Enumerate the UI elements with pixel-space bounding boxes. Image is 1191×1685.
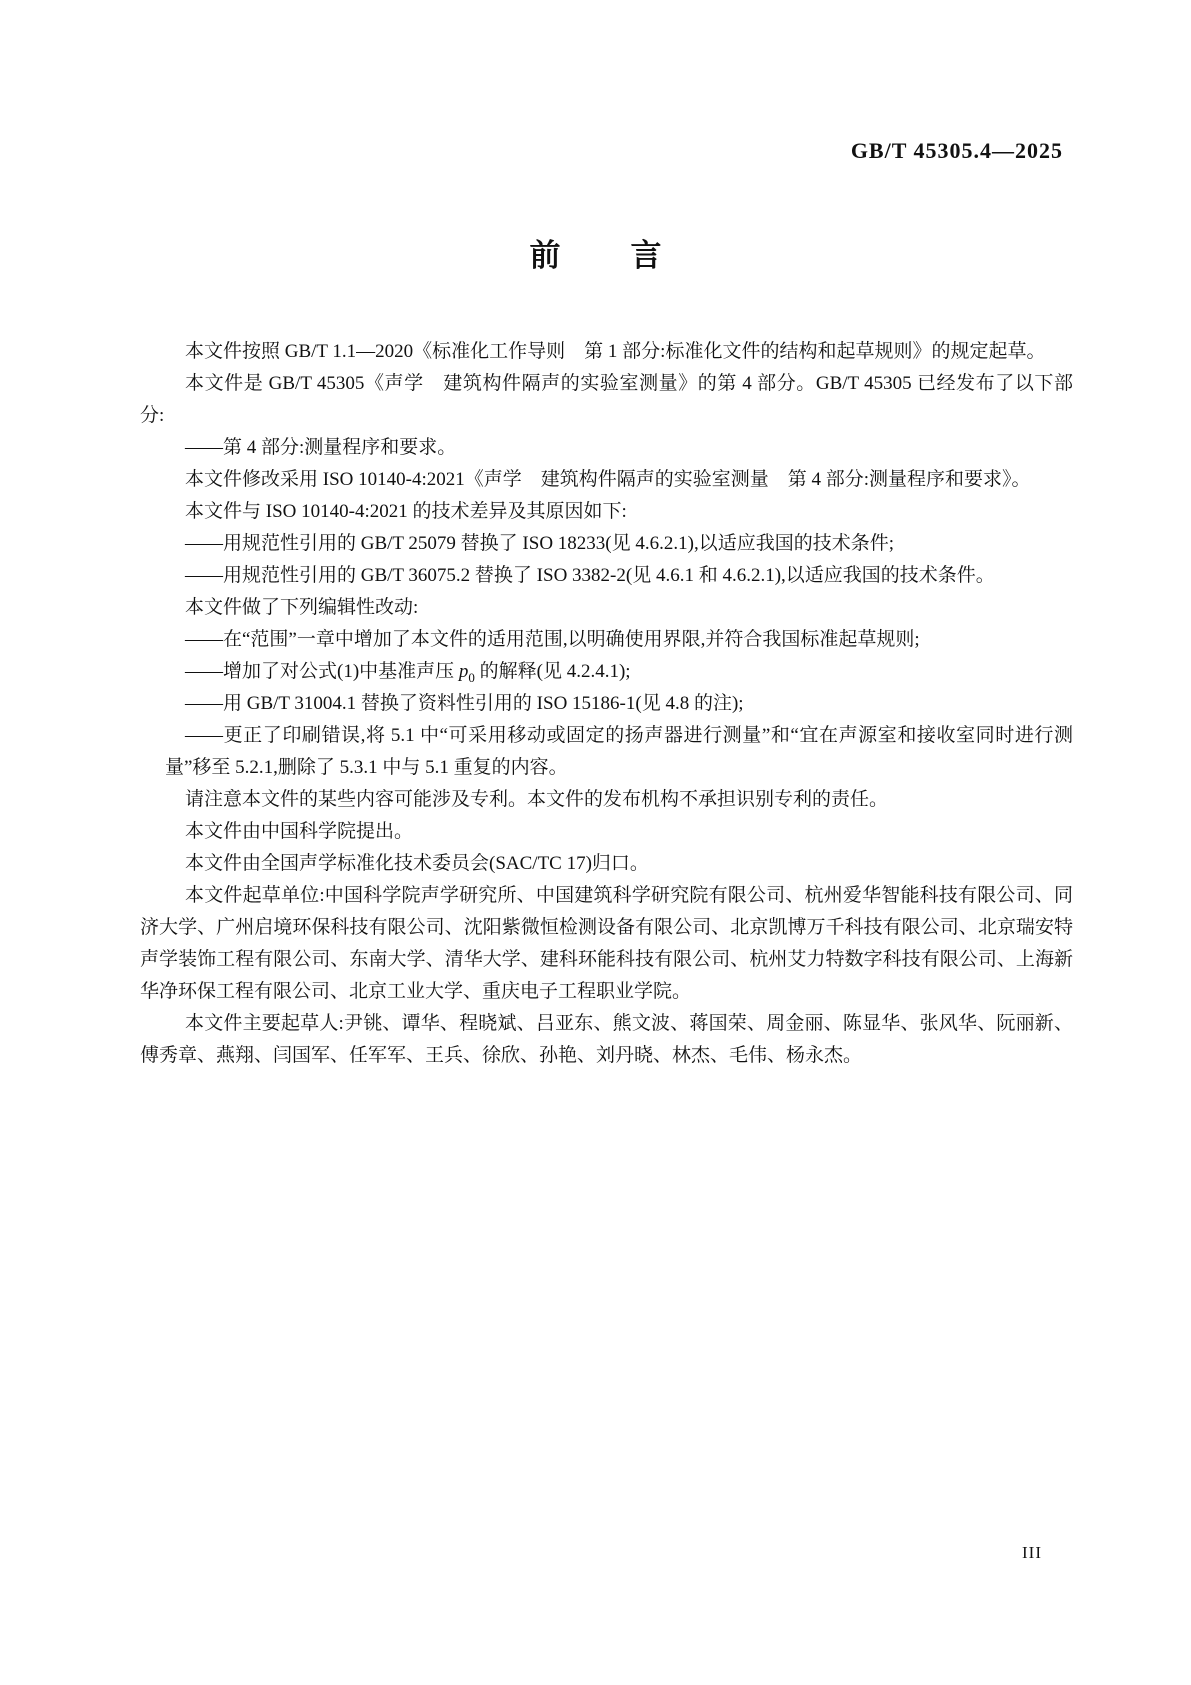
list-item-editorial-4: ——更正了印刷错误,将 5.1 中“可采用移动或固定的扬声器进行测量”和“宜在声… xyxy=(140,720,1073,784)
paragraph-editorial-intro: 本文件做了下列编辑性改动: xyxy=(140,592,1073,624)
paragraph-proposer: 本文件由中国科学院提出。 xyxy=(140,816,1073,848)
page-number: III xyxy=(1022,1543,1042,1563)
paragraph-differences-intro: 本文件与 ISO 10140-4:2021 的技术差异及其原因如下: xyxy=(140,496,1073,528)
paragraph-adoption: 本文件修改采用 ISO 10140-4:2021《声学 建筑构件隔声的实验室测量… xyxy=(140,464,1073,496)
list-item-editorial-2: ——增加了对公式(1)中基准声压 p0 的解释(见 4.2.4.1); xyxy=(140,656,1073,688)
editorial-2-text-before: ——增加了对公式(1)中基准声压 xyxy=(185,661,459,682)
paragraph-drafting-rule: 本文件按照 GB/T 1.1—2020《标准化工作导则 第 1 部分:标准化文件… xyxy=(140,336,1073,368)
editorial-2-text-after: 的解释(见 4.2.4.1); xyxy=(475,661,631,682)
paragraph-part-of: 本文件是 GB/T 45305《声学 建筑构件隔声的实验室测量》的第 4 部分。… xyxy=(140,368,1073,432)
standard-number: GB/T 45305.4—2025 xyxy=(0,138,1063,164)
list-item-editorial-1: ——在“范围”一章中增加了本文件的适用范围,以明确使用界限,并符合我国标准起草规… xyxy=(140,624,1073,656)
paragraph-committee: 本文件由全国声学标准化技术委员会(SAC/TC 17)归口。 xyxy=(140,848,1073,880)
list-item-difference-2: ——用规范性引用的 GB/T 36075.2 替换了 ISO 3382-2(见 … xyxy=(140,560,1073,592)
list-item-difference-1: ——用规范性引用的 GB/T 25079 替换了 ISO 18233(见 4.6… xyxy=(140,528,1073,560)
paragraph-drafters: 本文件主要起草人:尹铫、谭华、程晓斌、吕亚东、熊文波、蒋国荣、周金丽、陈显华、张… xyxy=(140,1008,1073,1072)
paragraph-patent-notice: 请注意本文件的某些内容可能涉及专利。本文件的发布机构不承担识别专利的责任。 xyxy=(140,784,1073,816)
list-item-editorial-3: ——用 GB/T 31004.1 替换了资料性引用的 ISO 15186-1(见… xyxy=(140,688,1073,720)
list-item-part-4: ——第 4 部分:测量程序和要求。 xyxy=(140,432,1073,464)
foreword-body: 本文件按照 GB/T 1.1—2020《标准化工作导则 第 1 部分:标准化文件… xyxy=(140,336,1073,1072)
reference-sound-pressure-symbol: p xyxy=(459,661,469,682)
paragraph-drafting-units: 本文件起草单位:中国科学院声学研究所、中国建筑科学研究院有限公司、杭州爱华智能科… xyxy=(140,880,1073,1008)
foreword-title: 前言 xyxy=(0,230,1191,275)
document-page: GB/T 45305.4—2025 前言 本文件按照 GB/T 1.1—2020… xyxy=(0,0,1191,1685)
